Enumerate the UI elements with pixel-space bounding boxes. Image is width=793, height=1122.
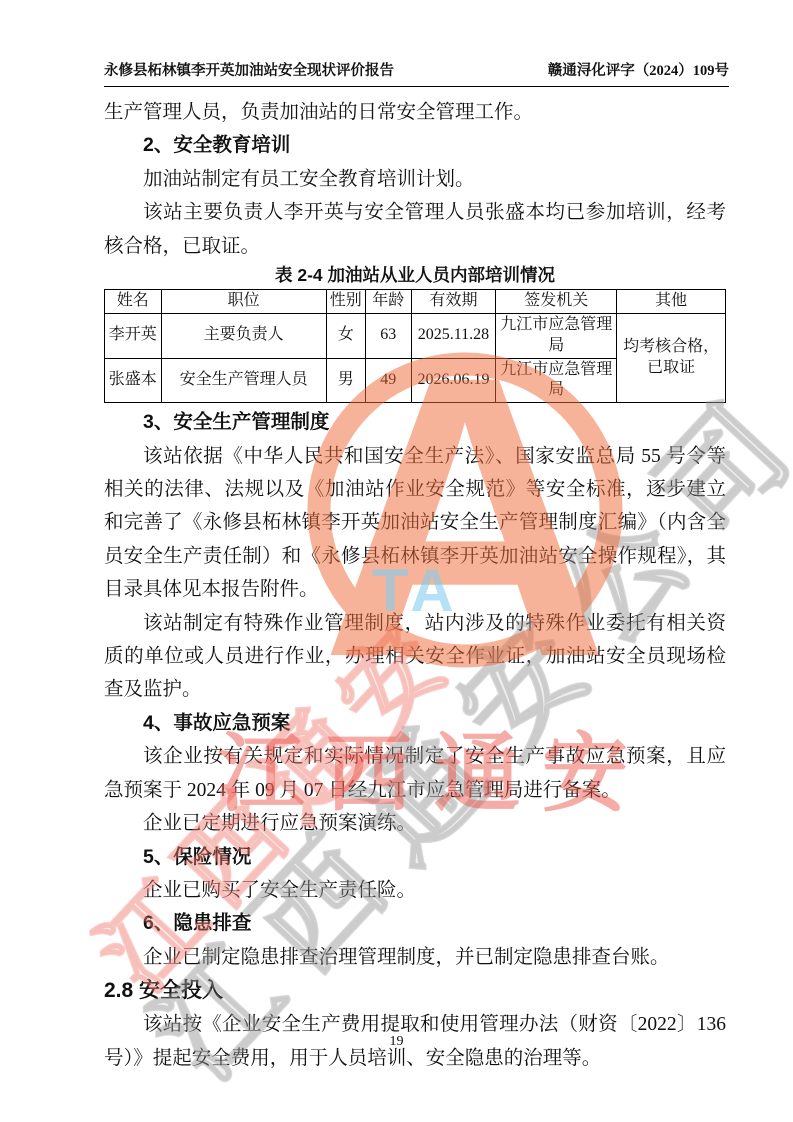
cell-issuer: 九江市应急管理局 [496, 314, 617, 359]
header-document-number: 赣通浔化评字（2024）109号 [548, 59, 729, 80]
paragraph-emergency-drill: 企业已定期进行应急预案演练。 [104, 807, 726, 840]
paragraph-special-operations: 该站制定有特殊作业管理制度，站内涉及的特殊作业委托有相关资质的单位或人员进行作业… [104, 607, 726, 707]
paragraph-system-compilation: 该站依据《中华人民共和国安全生产法》、国家安监总局 55 号令等相关的法律、法规… [104, 440, 726, 607]
table-row: 李开英 主要负责人 女 63 2025.11.28 九江市应急管理局 均考核合格… [105, 314, 726, 359]
cell-age: 63 [365, 314, 411, 359]
page-header: 永修县柘林镇李开英加油站安全现状评价报告 赣通浔化评字（2024）109号 [104, 59, 729, 80]
table-caption: 表 2-4 加油站从业人员内部培训情况 [104, 263, 726, 288]
cell-age: 49 [365, 358, 411, 403]
cell-position: 主要负责人 [161, 314, 326, 359]
col-gender: 性别 [326, 290, 365, 314]
cell-name: 李开英 [105, 314, 162, 359]
document-body: 生产管理人员，负责加油站的日常安全管理工作。 2、安全教育培训 加油站制定有员工… [104, 96, 726, 1075]
heading-2-safety-training: 2、安全教育培训 [104, 129, 726, 162]
cell-other-merged: 均考核合格，已取证 [617, 314, 726, 403]
heading-2-8-safety-investment: 2.8 安全投入 [104, 974, 726, 1008]
cell-validity: 2025.11.28 [411, 314, 495, 359]
col-validity: 有效期 [411, 290, 495, 314]
col-issuer: 签发机关 [496, 290, 617, 314]
page-number: 19 [0, 1034, 793, 1050]
col-name: 姓名 [105, 290, 162, 314]
cell-name: 张盛本 [105, 358, 162, 403]
cell-gender: 男 [326, 358, 365, 403]
document-page: 永修县柘林镇李开英加油站安全现状评价报告 赣通浔化评字（2024）109号 生产… [0, 0, 793, 1122]
training-table: 姓名 职位 性别 年龄 有效期 签发机关 其他 李开英 主要负责人 女 63 2… [104, 289, 726, 403]
table-header-row: 姓名 职位 性别 年龄 有效期 签发机关 其他 [105, 290, 726, 314]
col-age: 年龄 [365, 290, 411, 314]
paragraph-training-plan: 加油站制定有员工安全教育培训计划。 [104, 163, 726, 196]
header-rule [104, 86, 729, 87]
col-position: 职位 [161, 290, 326, 314]
paragraph-hazard-ledger: 企业已制定隐患排查治理管理制度，并已制定隐患排查台账。 [104, 941, 726, 974]
heading-3-management-system: 3、安全生产管理制度 [104, 406, 726, 439]
cell-issuer: 九江市应急管理局 [496, 358, 617, 403]
paragraph-continuation: 生产管理人员，负责加油站的日常安全管理工作。 [104, 96, 726, 129]
heading-6-hazard-inspection: 6、隐患排查 [104, 907, 726, 940]
header-report-title: 永修县柘林镇李开英加油站安全现状评价报告 [104, 59, 394, 80]
paragraph-insurance: 企业已购买了安全生产责任险。 [104, 874, 726, 907]
paragraph-emergency-filing: 该企业按有关规定和实际情况制定了安全生产事故应急预案，且应急预案于 2024 年… [104, 740, 726, 807]
paragraph-training-result: 该站主要负责人李开英与安全管理人员张盛本均已参加培训，经考核合格，已取证。 [104, 196, 726, 263]
cell-validity: 2026.06.19 [411, 358, 495, 403]
heading-5-insurance: 5、保险情况 [104, 841, 726, 874]
heading-4-emergency-plan: 4、事故应急预案 [104, 707, 726, 740]
cell-gender: 女 [326, 314, 365, 359]
col-other: 其他 [617, 290, 726, 314]
cell-position: 安全生产管理人员 [161, 358, 326, 403]
